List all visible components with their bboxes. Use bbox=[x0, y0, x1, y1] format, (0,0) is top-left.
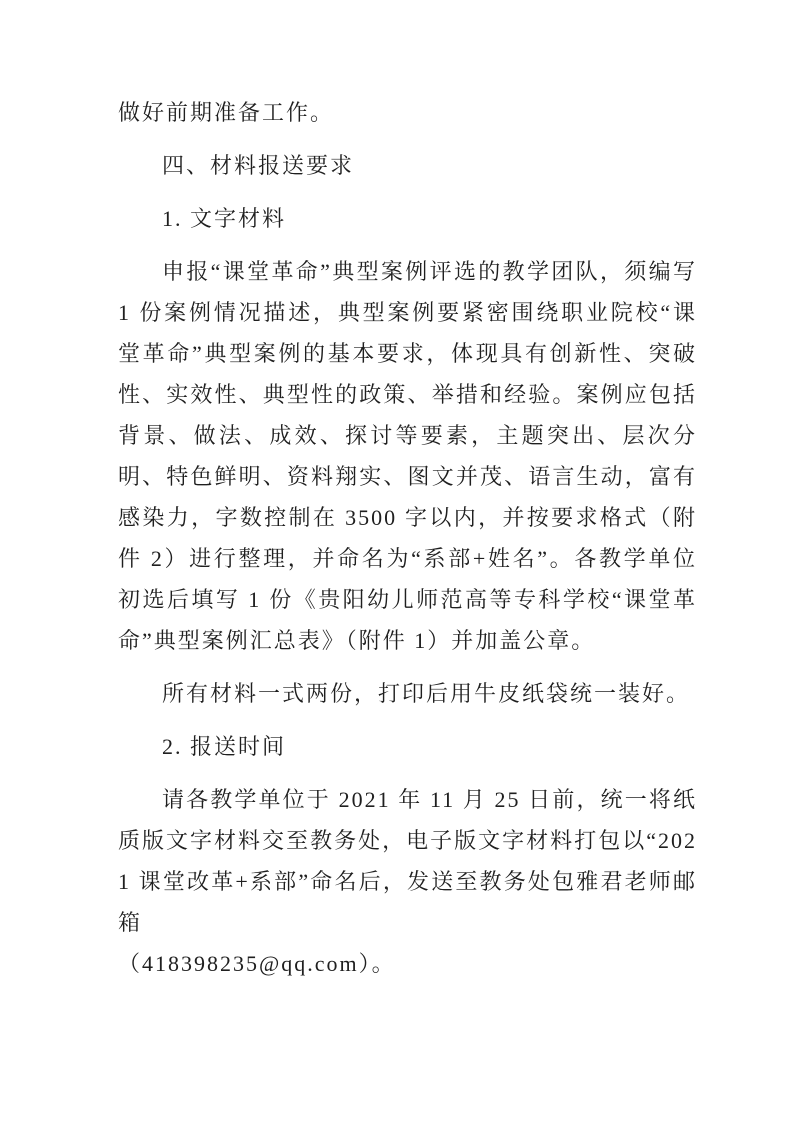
paragraph-text-material-requirements: 申报“课堂革命”典型案例评选的教学团队，须编写 1 份案例情况描述，典型案例要紧… bbox=[118, 251, 697, 661]
document-page: 做好前期准备工作。 四、材料报送要求 1. 文字材料 申报“课堂革命”典型案例评… bbox=[0, 0, 793, 1122]
subheading-submission-time: 2. 报送时间 bbox=[118, 726, 697, 767]
heading-section-4: 四、材料报送要求 bbox=[118, 145, 697, 186]
paragraph-copies-requirement: 所有材料一式两份，打印后用牛皮纸袋统一装好。 bbox=[118, 673, 697, 714]
paragraph-submission-deadline: 请各教学单位于 2021 年 11 月 25 日前，统一将纸质版文字材料交至教务… bbox=[118, 779, 697, 943]
subheading-text-materials: 1. 文字材料 bbox=[118, 198, 697, 239]
paragraph-email-line: （418398235@qq.com）。 bbox=[118, 943, 697, 984]
paragraph-closing-line: 做好前期准备工作。 bbox=[118, 92, 697, 133]
